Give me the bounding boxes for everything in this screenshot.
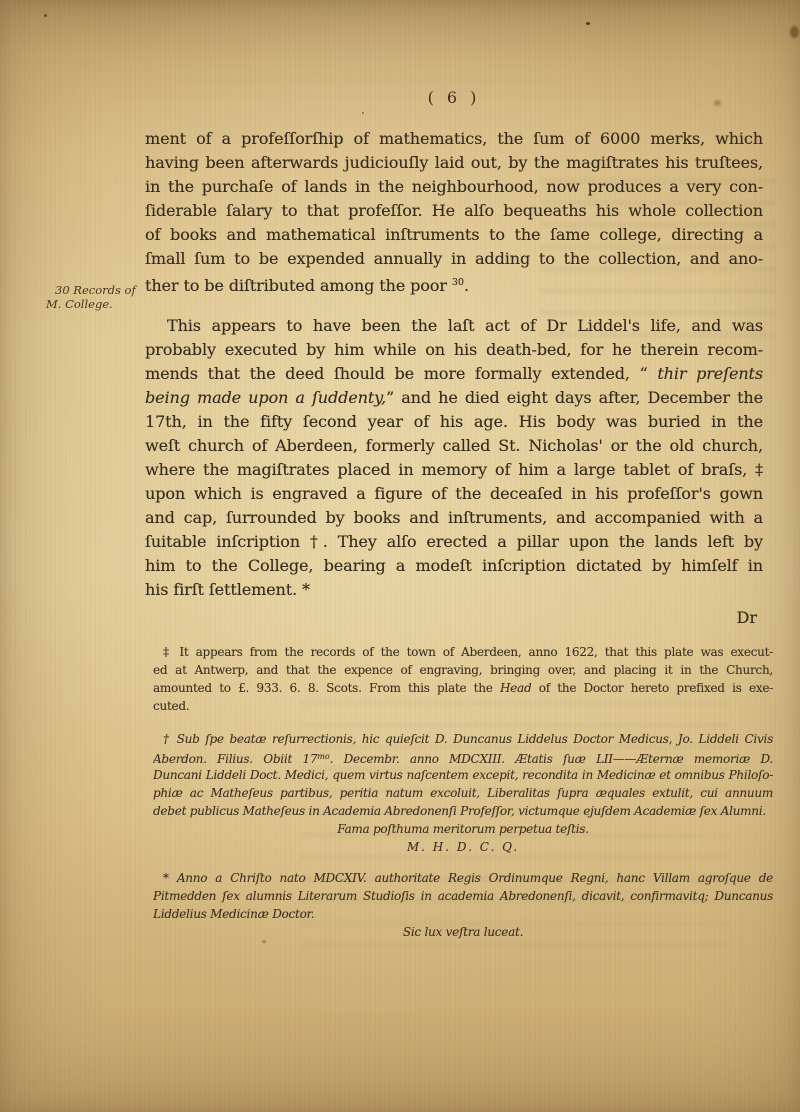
text-run: ” and he died eight days after, December… xyxy=(386,388,763,407)
text-line: ſuitable inſcription †. They alſo erecte… xyxy=(145,530,763,554)
text-line: and cap, ſurrounded by books and inſtrum… xyxy=(145,506,763,530)
text-line: of books and mathematical inſtruments to… xyxy=(145,223,763,247)
footnote-motto: Sic lux veſtra luceat. xyxy=(153,923,773,941)
text-run: . Decembr. anno MDCXIII. Ætatis ſuæ LII—… xyxy=(330,752,773,766)
footnote-initials: M. H. D. C. Q. xyxy=(153,838,773,856)
footnotes-column: ‡ It appears from the records of the tow… xyxy=(153,643,773,941)
paper-speck xyxy=(44,14,47,17)
paper-speck xyxy=(362,112,364,114)
footnote-line: debet publicus Matheſeus in Academia Abr… xyxy=(153,802,773,820)
text-run: ther to be diſtributed among the poor xyxy=(145,276,452,295)
footnote-line: phiæ ac Matheſeus partibus, peritia natu… xyxy=(153,784,773,802)
text-line: weſt church of Aberdeen, formerly called… xyxy=(145,434,763,458)
text-line: upon which is engraved a figure of the d… xyxy=(145,482,763,506)
footnote-line: ed at Antwerp, and that the expence of e… xyxy=(153,661,773,679)
footnote-line: Aberdon. Filius. Obiit 17mo. Decembr. an… xyxy=(153,748,773,766)
text-line: him to the College, bearing a modeſt inſ… xyxy=(145,554,763,578)
catchword: Dr xyxy=(145,606,763,630)
main-text-column: ment of a profeſſorſhip of mathematics, … xyxy=(145,127,763,630)
margin-note-line: 30 Records of xyxy=(55,284,156,298)
emphasized-word: Head xyxy=(500,681,531,695)
margin-note: 30 Records of M. College. xyxy=(46,284,156,311)
text-line: ſiderable ſalary to that profeſſor. He a… xyxy=(145,199,763,223)
footnote-pitmedden: * Anno a Chriſto nato MDCXIV. authoritat… xyxy=(153,869,773,941)
footnote-reference-30: 30 xyxy=(452,277,464,288)
quoted-phrase: thir preſents xyxy=(657,364,763,383)
text-line: mends that the deed ſhould be more forma… xyxy=(145,362,763,386)
text-line: ment of a profeſſorſhip of mathematics, … xyxy=(145,127,763,151)
text-run: Aberdon. Filius. Obiit 17 xyxy=(153,752,317,766)
book-page: ( 6 ) 30 Records of M. College. ment of … xyxy=(0,0,800,1112)
quoted-phrase: being made upon a ſuddenty, xyxy=(145,388,386,407)
text-run: amounted to £. 933. 6. 8. Scots. From th… xyxy=(153,681,500,695)
text-line: This appears to have been the laſt act o… xyxy=(145,314,763,338)
text-line: his firſt ſettlement. * xyxy=(145,578,763,602)
text-run: . xyxy=(464,276,469,295)
text-line: having been afterwards judiciouſly laid … xyxy=(145,151,763,175)
ordinal-superscript: mo xyxy=(317,752,329,761)
paper-speck xyxy=(790,26,799,38)
paragraph-death: This appears to have been the laſt act o… xyxy=(145,314,763,602)
footnote-line: * Anno a Chriſto nato MDCXIV. authoritat… xyxy=(153,869,773,887)
paragraph-bequest: ment of a profeſſorſhip of mathematics, … xyxy=(145,127,763,295)
paper-speck xyxy=(586,22,590,25)
page-number: ( 6 ) xyxy=(145,88,763,107)
footnote-line: † Sub ſpe beatæ reſurrectionis, hic quie… xyxy=(153,730,773,748)
footnote-line: Pitmedden ſex alumnis Literarum Studioſi… xyxy=(153,887,773,905)
text-run: of the Doctor hereto prefixed is exe- xyxy=(531,681,773,695)
text-run: mends that the deed ſhould be more forma… xyxy=(145,364,657,383)
text-line: ſmall ſum to be expended annually in add… xyxy=(145,247,763,271)
footnote-line: Liddelius Medicinæ Doctor. xyxy=(153,905,773,923)
footnote-motto: Fama poſthuma meritorum perpetua teſtis. xyxy=(153,820,773,838)
text-line: where the magiſtrates placed in memory o… xyxy=(145,458,763,482)
footnote-line: amounted to £. 933. 6. 8. Scots. From th… xyxy=(153,679,773,697)
footnote-plate: ‡ It appears from the records of the tow… xyxy=(153,643,773,715)
footnote-epitaph: † Sub ſpe beatæ reſurrectionis, hic quie… xyxy=(153,730,773,856)
text-line: ther to be diſtributed among the poor 30… xyxy=(145,271,763,295)
margin-note-line: M. College. xyxy=(46,298,156,312)
footnote-line: Duncani Liddeli Doct. Medici, quem virtu… xyxy=(153,766,773,784)
text-line: in the purchaſe of lands in the neighbou… xyxy=(145,175,763,199)
text-line: probably executed by him while on his de… xyxy=(145,338,763,362)
text-line: being made upon a ſuddenty,” and he died… xyxy=(145,386,763,410)
text-line: 17th, in the fifty ſecond year of his ag… xyxy=(145,410,763,434)
footnote-line: ‡ It appears from the records of the tow… xyxy=(153,643,773,661)
footnote-line: cuted. xyxy=(153,697,773,715)
